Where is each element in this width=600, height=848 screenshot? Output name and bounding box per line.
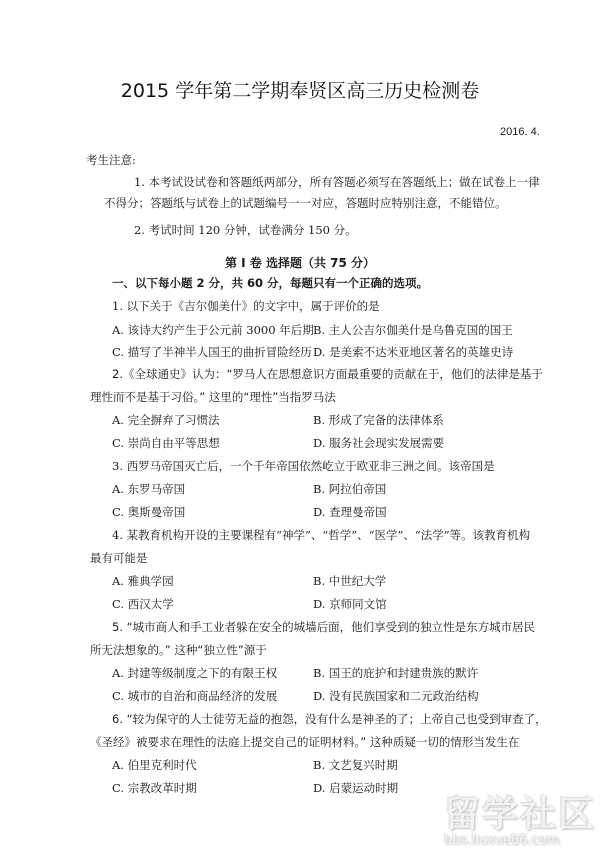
notice-item-1-line-2: 不得分；答题纸与试卷上的试题编号一一对应，答题时应特别注意，不能错位。 <box>104 195 507 211</box>
question-6-option-b: B. 文艺复兴时期 <box>313 757 398 773</box>
notice-item-1-line-1: 1. 本考试设试卷和答题纸两部分，所有答题必须写在答题纸上；做在试卷上一律 <box>134 174 540 190</box>
part-heading: 一、以下每小题 2 分，共 60 分，每题只有一个正确的选项。 <box>112 275 428 291</box>
question-1-option-b: B. 主人公吉尔伽美什是乌鲁克国的国王 <box>313 322 513 338</box>
question-4-option-c: C. 西汉太学 <box>112 596 174 612</box>
question-2-stem-line-2: 理性而不是基于习俗。” 这里的“理性”当指罗马法 <box>90 389 336 405</box>
notice-heading: 考生注意: <box>86 152 136 168</box>
watermark-logo-text: 留学社区 <box>444 786 596 837</box>
question-1-option-c: C. 描写了半神半人国王的曲折冒险经历 <box>112 344 312 360</box>
question-5-option-d: D. 没有民族国家和二元政治结构 <box>313 688 479 704</box>
question-5-option-b: B. 国王的庇护和封建贵族的默许 <box>313 665 478 681</box>
document-title: 2015 学年第二学期奉贤区高三历史检测卷 <box>0 76 600 103</box>
section-title: 第 I 卷 选择题（共 75 分） <box>0 254 600 271</box>
question-2-option-b: B. 形成了完备的法律体系 <box>313 412 444 428</box>
question-6-stem-line-1: 6. “较为保守的人士徒劳无益的抱怨，没有什么是神圣的了；上帝自己也受到审查了， <box>112 711 547 727</box>
question-1-option-a: A. 该诗大约产生于公元前 3000 年后期 <box>112 322 314 338</box>
question-5-stem-line-2: 所无法想象的。” 这种“独立性”源于 <box>90 642 267 658</box>
question-3-stem: 3. 西罗马帝国灭亡后，一个千年帝国依然屹立于欧亚非三洲之间。该帝国是 <box>112 458 495 474</box>
question-6-option-c: C. 宗教改革时期 <box>112 780 197 796</box>
question-5-option-c: C. 城市的自治和商品经济的发展 <box>112 688 277 704</box>
question-4-stem-line-2: 最有可能是 <box>90 550 148 566</box>
question-5-option-a: A. 封建等级制度之下的有限王权 <box>112 665 277 681</box>
question-4-stem-line-1: 4. 某教育机构开设的主要课程有“神学”、“哲学”、“医学”、“法学”等。该教育… <box>112 527 530 543</box>
question-5-stem-line-1: 5. “城市商人和手工业者躲在安全的城墙后面，他们享受到的独立性是东方城市居民 <box>112 619 535 635</box>
question-4-option-a: A. 雅典学园 <box>112 573 174 589</box>
watermark: 留学社区 bbs.liuxue86.com <box>444 786 596 848</box>
question-3-option-a: A. 东罗马帝国 <box>112 481 185 497</box>
question-4-option-d: D. 京师同文馆 <box>313 596 387 612</box>
question-6-option-d: D. 启蒙运动时期 <box>313 780 398 796</box>
question-3-option-c: C. 奥斯曼帝国 <box>112 504 185 520</box>
question-6-option-a: A. 伯里克利时代 <box>112 757 197 773</box>
question-3-option-b: B. 阿拉伯帝国 <box>313 481 386 497</box>
question-2-option-a: A. 完全摒弃了习惯法 <box>112 412 220 428</box>
question-6-stem-line-2: 《圣经》被要求在理性的法庭上提交自己的证明材料。” 这种质疑一切的情形当发生在 <box>90 734 519 750</box>
question-2-stem-line-1: 2.《全球通史》认为：“罗马人在思想意识方面最重要的贡献在于，他们的法律是基于 <box>112 366 543 382</box>
question-4-option-b: B. 中世纪大学 <box>313 573 386 589</box>
question-1-stem: 1. 以下关于《吉尔伽美什》的文字中，属于评价的是 <box>112 298 380 314</box>
question-3-option-d: D. 查理曼帝国 <box>313 504 387 520</box>
notice-item-2: 2. 考试时间 120 分钟，试卷满分 150 分。 <box>134 222 357 238</box>
question-1-option-d: D. 是美索不达米亚地区著名的英雄史诗 <box>313 344 513 360</box>
document-date: 2016. 4. <box>500 126 540 138</box>
question-2-option-d: D. 服务社会现实发展需要 <box>313 435 444 451</box>
question-2-option-c: C. 崇尚自由平等思想 <box>112 435 220 451</box>
